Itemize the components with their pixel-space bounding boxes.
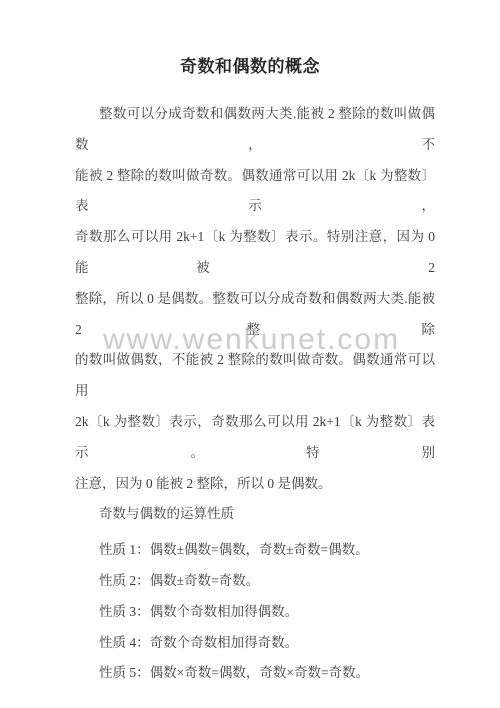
properties-list: 性质 1：偶数±偶数=偶数，奇数±奇数=偶数。 性质 2：偶数±奇数=奇数。 性… [75, 535, 435, 689]
property-line-4: 性质 4：奇数个奇数相加得奇数。 [75, 628, 435, 659]
property-line-1: 性质 1：偶数±偶数=偶数，奇数±奇数=偶数。 [75, 535, 435, 566]
concept-paragraph: 整数可以分成奇数和偶数两大类.能被 2 整除的数叫做偶数，不 能被 2 整除的数… [75, 99, 435, 499]
document-page: 奇数和偶数的概念 www.wenkunet.com 整数可以分成奇数和偶数两大类… [0, 0, 500, 708]
paragraph-line: 能被 2 整除的数叫做奇数。偶数通常可以用 2k〔k 为整数〕表示， [75, 161, 435, 223]
paragraph-line: 注意，因为 0 能被 2 整除，所以 0 是偶数。 [75, 469, 435, 500]
document-body: 整数可以分成奇数和偶数两大类.能被 2 整除的数叫做偶数，不 能被 2 整除的数… [75, 99, 435, 689]
paragraph-line: 的数叫做偶数，不能被 2 整除的数叫做奇数。偶数通常可以用 [75, 345, 435, 407]
property-line-5: 性质 5：偶数×奇数=偶数，奇数×奇数=奇数。 [75, 658, 435, 689]
section-heading: 奇数与偶数的运算性质 [75, 499, 435, 530]
paragraph-line: 2k〔k 为整数〕表示，奇数那么可以用 2k+1〔k 为整数〕表示。特别 [75, 407, 435, 469]
property-line-3: 性质 3：偶数个奇数相加得偶数。 [75, 597, 435, 628]
paragraph-line: 奇数那么可以用 2k+1〔k 为整数〕表示。特别注意，因为 0 能被 2 [75, 222, 435, 284]
paragraph-line: 整数可以分成奇数和偶数两大类.能被 2 整除的数叫做偶数，不 [75, 99, 435, 161]
page-title: 奇数和偶数的概念 [0, 52, 500, 77]
paragraph-line: 整除，所以 0 是偶数。整数可以分成奇数和偶数两大类.能被 2 整除 [75, 284, 435, 346]
property-line-2: 性质 2：偶数±奇数=奇数。 [75, 566, 435, 597]
